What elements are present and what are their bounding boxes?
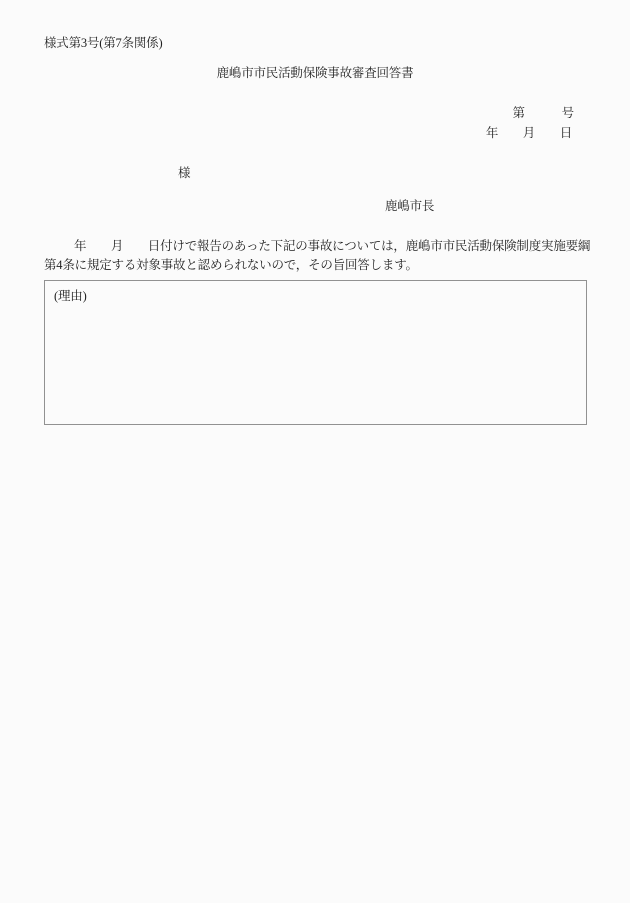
document-title: 鹿嶋市市民活動保険事故審査回答書 — [0, 66, 630, 80]
reason-box: (理由) — [44, 280, 587, 425]
body-line-2: 第4条に規定する対象事故と認められないので，その旨回答します。 — [44, 256, 590, 275]
date-line: 年 月 日 — [486, 126, 572, 140]
body-paragraph: 年 月 日付けで報告のあった下記の事故については，鹿嶋市市民活動保険制度実施要綱… — [44, 237, 590, 275]
document-page: 様式第3号(第7条関係) 鹿嶋市市民活動保険事故審査回答書 第 号 年 月 日 … — [0, 0, 630, 903]
body-line-1: 年 月 日付けで報告のあった下記の事故については，鹿嶋市市民活動保険制度実施要綱 — [44, 237, 590, 256]
form-number: 様式第3号(第7条関係) — [44, 36, 162, 50]
addressee-honorific: 様 — [178, 166, 190, 180]
doc-number-line: 第 号 — [512, 106, 574, 120]
reason-label: (理由) — [54, 286, 87, 304]
sender-title: 鹿嶋市長 — [385, 199, 434, 213]
